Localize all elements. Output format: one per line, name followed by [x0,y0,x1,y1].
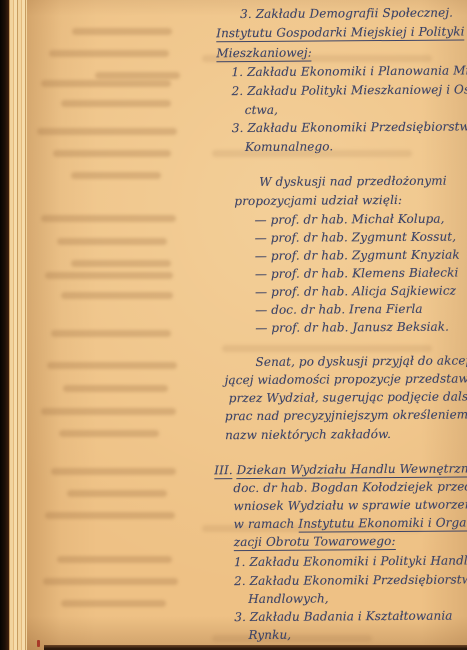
stacked-page-edges [9,0,27,650]
plain-text: W dyskusji nad przedłożonymi [259,174,446,189]
manuscript-line: Instytutu Gospodarki Miejskiej i Polityk… [216,24,464,40]
plain-text: 3. Zakładu Ekonomiki Przedsiębiorstwa [232,119,467,135]
manuscript-line: zacji Obrotu Towarowego: [234,534,396,549]
plain-text: — prof. dr hab. Alicja Sajkiewicz [255,284,456,299]
plain-text: 3. Zakładu Demografii Społecznej. [240,6,453,21]
manuscript-line: przez Wydział, sugerując podjęcie dalszy… [229,389,467,405]
manuscript-line: Mieszkaniowej: [216,46,312,61]
manuscript-line: 3. Zakładu Ekonomiki Przedsiębiorstwa [232,119,467,135]
underlined-text: zacji Obrotu Towarowego: [234,534,396,551]
manuscript-line: Komunalnego. [245,139,333,154]
plain-text: 3. Zakładu Badania i Kształtowania [234,609,452,625]
manuscript-line: Senat, po dyskusji przyjął do akceptu- [255,353,467,369]
book-spine [0,0,9,650]
plain-text: jącej wiadomości propozycje przedstawion… [225,371,467,387]
underlined-text: Instytutu Gospodarki Miejskiej i Polityk… [216,24,464,42]
manuscript-line: III. Dziekan Wydziału Handlu Wewnętrzneg… [214,461,467,477]
manuscript-page: 3. Zakładu Demografii Społecznej.Instytu… [27,0,467,650]
plain-text: nazw niektórych zakładów. [225,427,391,442]
underlined-text: Dziekan Wydziału Handlu Wewnętrznego [237,461,467,479]
plain-text: wniosek Wydziału w sprawie utworzenia [233,497,467,513]
manuscript-text: 3. Zakładu Demografii Społecznej.Instytu… [27,0,467,650]
manuscript-line: nazw niektórych zakładów. [225,427,391,442]
manuscript-line: 1. Zakładu Ekonomiki i Planowania Miast, [231,63,467,79]
manuscript-line: wniosek Wydziału w sprawie utworzenia [233,497,467,513]
manuscript-line: 1. Zakładu Ekonomiki i Polityki Handlu, [234,553,467,569]
manuscript-line: 3. Zakładu Badania i Kształtowania [234,609,452,625]
manuscript-photo: 3. Zakładu Demografii Społecznej.Instytu… [0,0,467,650]
manuscript-line: — prof. dr hab. Michał Kolupa, [254,212,444,227]
plain-text: — prof. dr hab. Zygmunt Knyziak [255,248,460,263]
page-bottom-edge [44,645,467,650]
plain-text: Komunalnego. [245,139,333,154]
manuscript-line: ctwa, [245,103,278,117]
plain-text: Senat, po dyskusji przyjął do akceptu- [255,353,467,369]
manuscript-line: 2. Zakładu Polityki Mieszkaniowej i Osad… [232,82,467,98]
manuscript-line: w ramach Instytutu Ekonomiki i Organi- [234,515,467,531]
manuscript-line: — prof. dr hab. Alicja Sajkiewicz [255,284,456,299]
plain-text: — prof. dr hab. Zygmunt Kossut, [255,230,457,245]
plain-text: przez Wydział, sugerując podjęcie dalszy… [229,389,467,405]
plain-text: 2. Zakładu Ekonomiki Przedsiębiorstw [234,572,467,588]
manuscript-line: — prof. dr hab. Zygmunt Kossut, [255,230,457,245]
plain-text: 2. Zakładu Polityki Mieszkaniowej i Osad… [232,82,467,98]
plain-text: — doc. dr hab. Irena Fierla [255,302,423,317]
manuscript-line: W dyskusji nad przedłożonymi [259,174,446,189]
plain-text: 1. Zakładu Ekonomiki i Polityki Handlu, [234,553,467,569]
plain-text: doc. dr hab. Bogdan Kołodziejek przedsta… [233,479,467,495]
underlined-text: Instytutu Ekonomiki i Organi- [298,515,467,532]
underlined-text: Mieszkaniowej: [216,46,312,63]
manuscript-line: Handlowych, [248,591,329,606]
plain-text: — prof. dr hab. Klemens Białecki [255,266,459,281]
plain-text: Rynku, [248,628,291,642]
manuscript-line: Rynku, [248,628,291,642]
plain-text: propozycjami udział wzięli: [234,193,402,208]
plain-text: ctwa, [245,103,278,117]
manuscript-line: — prof. dr hab. Zygmunt Knyziak [255,248,460,263]
plain-text: — prof. dr hab. Michał Kolupa, [254,212,444,227]
manuscript-line: 3. Zakładu Demografii Społecznej. [240,6,453,21]
manuscript-line: prac nad precyzyjniejszym określeniem [225,407,467,423]
plain-text: — prof. dr hab. Janusz Beksiak. [255,320,449,335]
underlined-text: III. [214,463,233,479]
plain-text: 1. Zakładu Ekonomiki i Planowania Miast, [231,63,467,79]
plain-text: prac nad precyzyjniejszym określeniem [225,407,467,423]
plain-text: w ramach [234,517,299,531]
manuscript-line: — prof. dr hab. Janusz Beksiak. [255,320,449,335]
red-edge-mark [37,640,40,647]
plain-text: Handlowych, [248,591,329,606]
manuscript-line: jącej wiadomości propozycje przedstawion… [225,371,467,387]
manuscript-line: — doc. dr hab. Irena Fierla [255,302,423,317]
manuscript-line: 2. Zakładu Ekonomiki Przedsiębiorstw [234,572,467,588]
manuscript-line: propozycjami udział wzięli: [234,193,402,208]
manuscript-line: — prof. dr hab. Klemens Białecki [255,266,459,281]
manuscript-line: doc. dr hab. Bogdan Kołodziejek przedsta… [233,479,467,495]
